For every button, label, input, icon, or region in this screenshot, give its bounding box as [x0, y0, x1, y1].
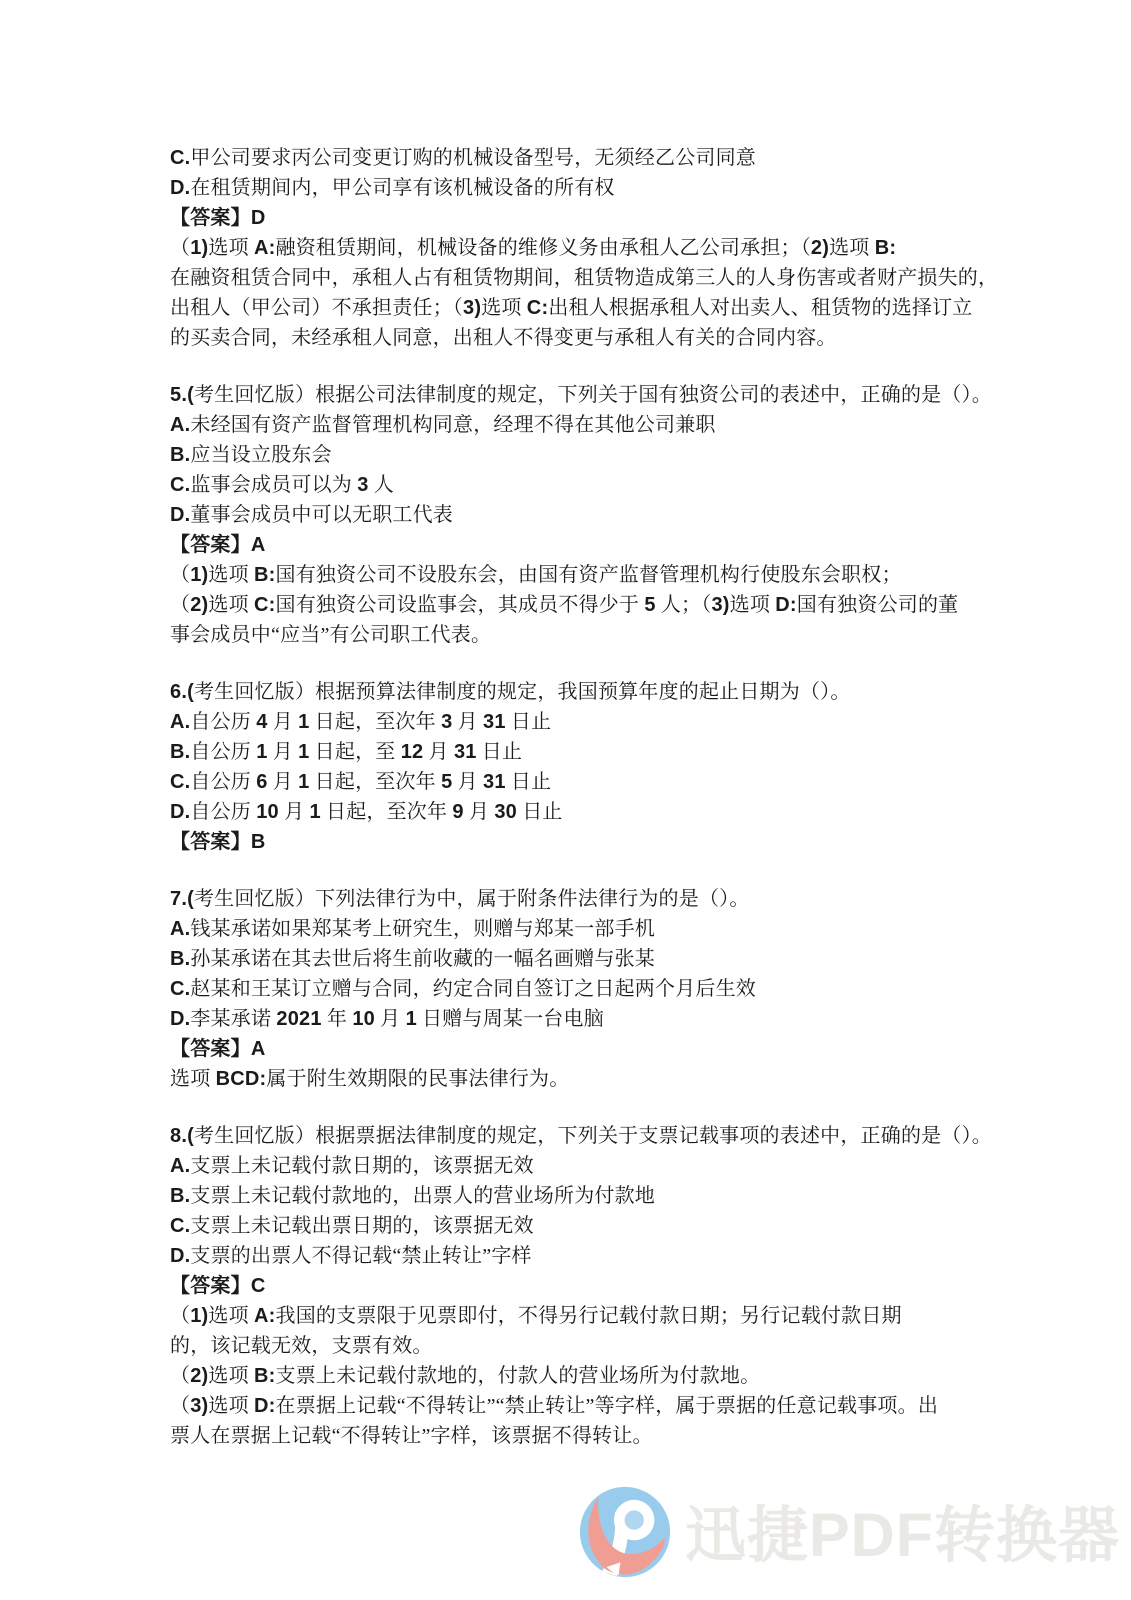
- watermark-text: 迅捷PDF转换器: [685, 1489, 1120, 1581]
- explanation-line: （1)选项 B:国有独资公司不设股东会，由国有资产监督管理机构行使股东会职权；: [170, 560, 1015, 590]
- question-stem-line: 6.(考生回忆版）根据预算法律制度的规定，我国预算年度的起止日期为（）。: [170, 677, 1015, 707]
- watermark: 迅捷PDF转换器: [579, 1486, 1120, 1583]
- question-6-block: 6.(考生回忆版）根据预算法律制度的规定，我国预算年度的起止日期为（）。 A.自…: [170, 677, 1015, 857]
- option-d-line: D.自公历 10 月 1 日起，至次年 9 月 30 日止: [170, 797, 1015, 827]
- answer-line: 【答案】A: [170, 1034, 1015, 1064]
- explanation-line: （3)选项 D:在票据上记载“不得转让”“禁止转让”等字样，属于票据的任意记载事…: [170, 1391, 1015, 1421]
- explanation-line: 的买卖合同，未经承租人同意，出租人不得变更与承租人有关的合同内容。: [170, 323, 1015, 353]
- explanation-line: 的，该记载无效，支票有效。: [170, 1331, 1015, 1361]
- option-a-line: A.自公历 4 月 1 日起，至次年 3 月 31 日止: [170, 707, 1015, 737]
- explanation-line: （1)选项 A:我国的支票限于见票即付，不得另行记载付款日期；另行记载付款日期: [170, 1301, 1015, 1331]
- explanation-line: 出租人（甲公司）不承担责任；（3)选项 C:出租人根据承租人对出卖人、租赁物的选…: [170, 293, 1015, 323]
- question-5-block: 5.(考生回忆版）根据公司法律制度的规定，下列关于国有独资公司的表述中，正确的是…: [170, 380, 1015, 650]
- explanation-line: （2)选项 C:国有独资公司设监事会，其成员不得少于 5 人；（3)选项 D:国…: [170, 590, 1015, 620]
- option-a-line: A.未经国有资产监督管理机构同意，经理不得在其他公司兼职: [170, 410, 1015, 440]
- explanation-line: （2)选项 B:支票上未记载付款地的，付款人的营业场所为付款地。: [170, 1361, 1015, 1391]
- option-b-line: B.自公历 1 月 1 日起，至 12 月 31 日止: [170, 737, 1015, 767]
- document-page: C.甲公司要求丙公司变更订购的机械设备型号，无须经乙公司同意 D.在租赁期间内，…: [0, 0, 1131, 1600]
- answer-line: 【答案】B: [170, 827, 1015, 857]
- answer-line: 【答案】C: [170, 1271, 1015, 1301]
- explanation-line: 选项 BCD:属于附生效期限的民事法律行为。: [170, 1064, 1015, 1094]
- option-a-line: A.钱某承诺如果郑某考上研究生，则赠与郑某一部手机: [170, 914, 1015, 944]
- question-stem-line: 5.(考生回忆版）根据公司法律制度的规定，下列关于国有独资公司的表述中，正确的是…: [170, 380, 1015, 410]
- option-d-line: D.李某承诺 2021 年 10 月 1 日赠与周某一台电脑: [170, 1004, 1015, 1034]
- question-stem-line: 7.(考生回忆版）下列法律行为中，属于附条件法律行为的是（）。: [170, 884, 1015, 914]
- question-stem-line: 8.(考生回忆版）根据票据法律制度的规定，下列关于支票记载事项的表述中，正确的是…: [170, 1121, 1015, 1151]
- option-d-line: D.在租赁期间内，甲公司享有该机械设备的所有权: [170, 173, 1015, 203]
- pdf-converter-logo-icon: [579, 1486, 671, 1583]
- option-c-line: C.监事会成员可以为 3 人: [170, 470, 1015, 500]
- question-8-block: 8.(考生回忆版）根据票据法律制度的规定，下列关于支票记载事项的表述中，正确的是…: [170, 1121, 1015, 1451]
- option-b-line: B.支票上未记载付款地的，出票人的营业场所为付款地: [170, 1181, 1015, 1211]
- answer-line: 【答案】A: [170, 530, 1015, 560]
- option-a-line: A.支票上未记载付款日期的，该票据无效: [170, 1151, 1015, 1181]
- question-4-explanation-block: C.甲公司要求丙公司变更订购的机械设备型号，无须经乙公司同意 D.在租赁期间内，…: [170, 143, 1015, 353]
- option-c-line: C.甲公司要求丙公司变更订购的机械设备型号，无须经乙公司同意: [170, 143, 1015, 173]
- option-c-line: C.赵某和王某订立赠与合同，约定合同自签订之日起两个月后生效: [170, 974, 1015, 1004]
- option-c-line: C.支票上未记载出票日期的，该票据无效: [170, 1211, 1015, 1241]
- option-b-line: B.孙某承诺在其去世后将生前收藏的一幅名画赠与张某: [170, 944, 1015, 974]
- option-d-line: D.支票的出票人不得记载“禁止转让”字样: [170, 1241, 1015, 1271]
- question-7-block: 7.(考生回忆版）下列法律行为中，属于附条件法律行为的是（）。 A.钱某承诺如果…: [170, 884, 1015, 1094]
- option-b-line: B.应当设立股东会: [170, 440, 1015, 470]
- explanation-line: 票人在票据上记载“不得转让”字样，该票据不得转让。: [170, 1421, 1015, 1451]
- document-content: C.甲公司要求丙公司变更订购的机械设备型号，无须经乙公司同意 D.在租赁期间内，…: [170, 143, 1015, 1478]
- option-d-line: D.董事会成员中可以无职工代表: [170, 500, 1015, 530]
- option-c-line: C.自公历 6 月 1 日起，至次年 5 月 31 日止: [170, 767, 1015, 797]
- explanation-line: 事会成员中“应当”有公司职工代表。: [170, 620, 1015, 650]
- explanation-line: （1)选项 A:融资租赁期间，机械设备的维修义务由承租人乙公司承担；（2)选项 …: [170, 233, 1015, 263]
- explanation-line: 在融资租赁合同中，承租人占有租赁物期间，租赁物造成第三人的人身伤害或者财产损失的…: [170, 263, 1015, 293]
- answer-line: 【答案】D: [170, 203, 1015, 233]
